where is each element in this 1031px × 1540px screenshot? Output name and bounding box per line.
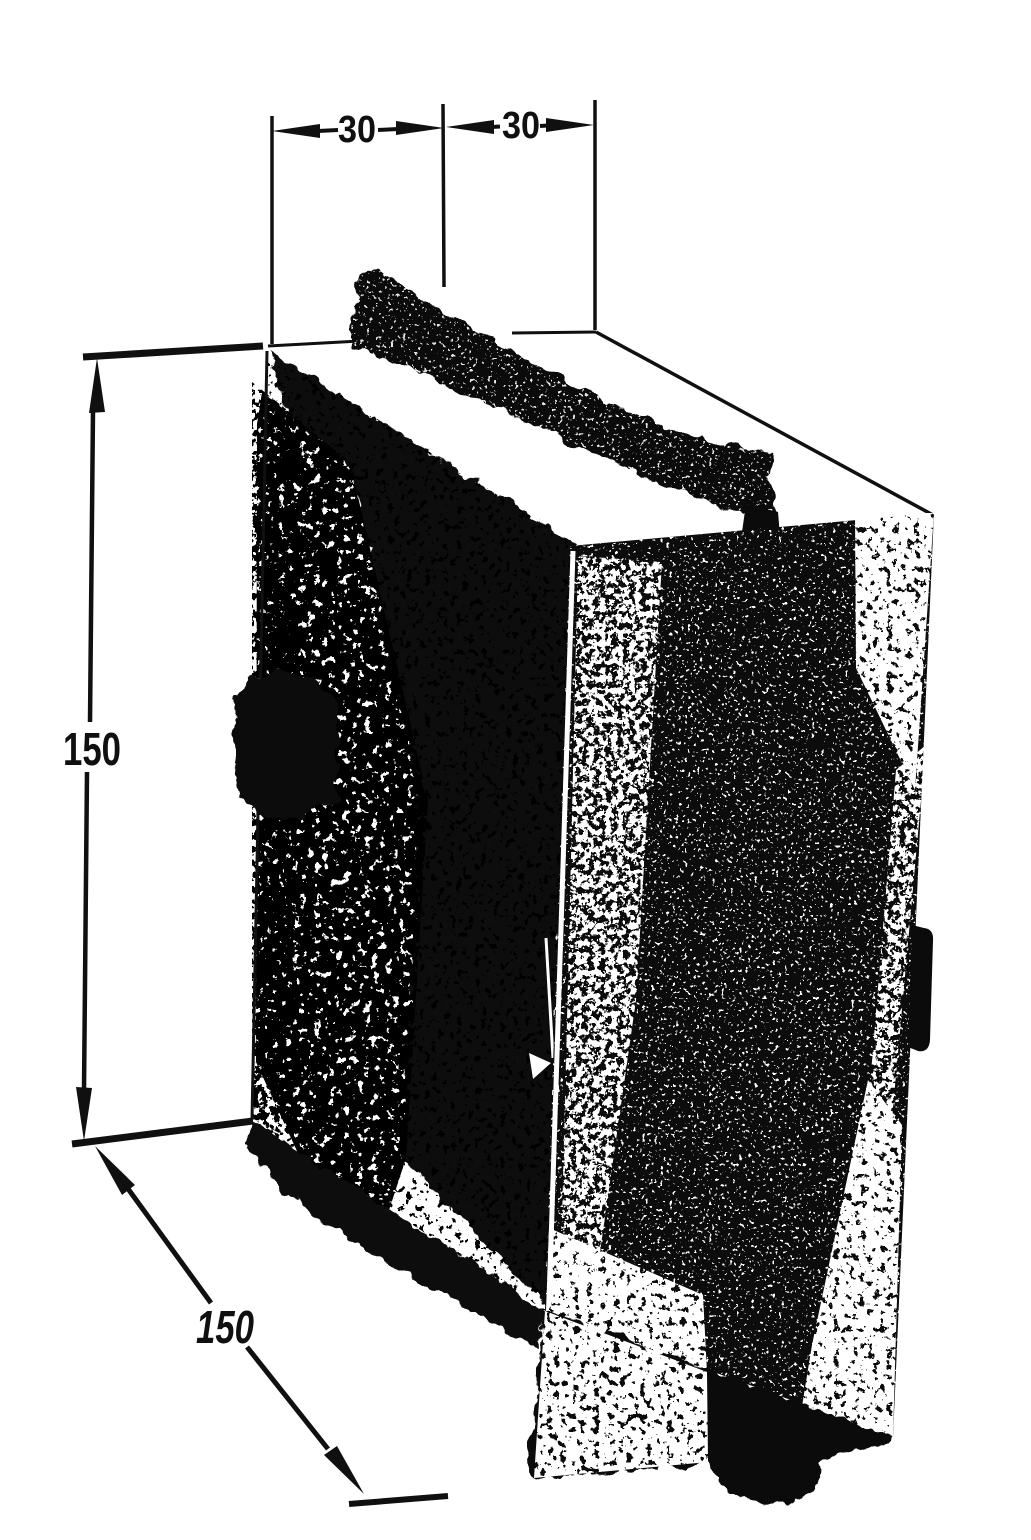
extension-line-top-middle <box>443 104 444 287</box>
front-face <box>234 350 575 1348</box>
top-face-back-left-edge <box>512 332 596 333</box>
height-dimension-150: 150 <box>63 346 263 1144</box>
dim-shaft <box>90 410 93 722</box>
dim-label-150-height: 150 <box>63 723 121 775</box>
side-face-fine-dots <box>545 513 934 1437</box>
dim-shaft <box>318 130 338 131</box>
arrow-right-icon <box>546 118 594 132</box>
specimen-figure: 30 30 150 150 <box>0 0 1031 1540</box>
extension-line-width-bottom <box>349 1496 448 1504</box>
arrow-down-right-icon <box>324 1446 364 1494</box>
side-face <box>545 513 934 1437</box>
dim-shaft <box>84 772 87 1090</box>
arrow-down-icon <box>76 1087 92 1141</box>
right-tab <box>908 925 933 1051</box>
dim-label-30-front: 30 <box>338 109 376 151</box>
dim-shaft <box>492 127 500 128</box>
extension-line-height-bottom <box>72 1121 253 1144</box>
dim-shaft <box>378 129 398 130</box>
dim-label-30-back: 30 <box>502 105 540 147</box>
top-face-front-left-edge <box>268 341 360 346</box>
top-dimension-30-front: 30 <box>272 109 444 151</box>
arrow-right-icon <box>396 121 444 135</box>
arrow-up-icon <box>89 358 105 413</box>
top-dimension-30-back: 30 <box>446 105 594 147</box>
arrow-left-icon <box>446 120 494 134</box>
extension-line-height-top <box>83 346 263 357</box>
left-tab <box>234 672 338 819</box>
dim-shaft <box>247 1347 328 1449</box>
arrow-left-icon <box>272 124 320 138</box>
specimen-block <box>234 267 934 1505</box>
drawing-page: 30 30 150 150 <box>0 0 1031 1540</box>
dim-label-150-width: 150 <box>196 1301 254 1353</box>
dim-shaft <box>126 1186 211 1303</box>
